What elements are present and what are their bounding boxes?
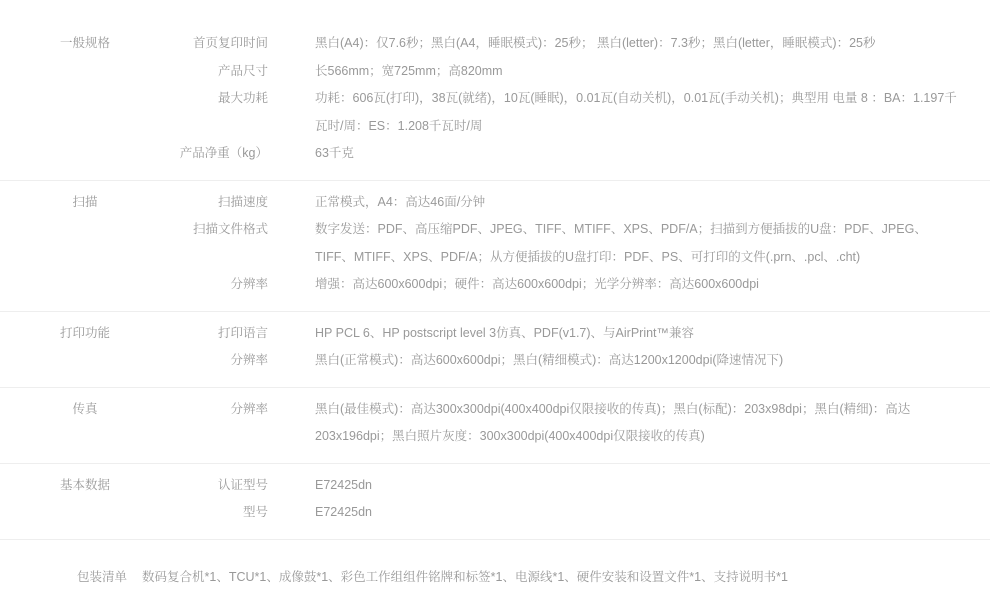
spec-value: E72425dn — [315, 499, 965, 527]
spec-section-scan: 扫描 扫描速度 正常模式，A4：高达46面/分钟 扫描文件格式 数字发送：PDF… — [0, 181, 990, 312]
spec-section-fax: 传真 分辨率 黑白(最佳模式)：高达300x300dpi(400x400dpi仅… — [0, 388, 990, 464]
spec-name: 分辨率 — [170, 347, 268, 375]
spec-rows: 扫描速度 正常模式，A4：高达46面/分钟 扫描文件格式 数字发送：PDF、高压… — [170, 189, 990, 299]
spec-value: HP PCL 6、HP postscript level 3仿真、PDF(v1.… — [315, 320, 965, 348]
spec-section-general: 一般规格 首页复印时间 黑白(A4)：仅7.6秒；黑白(A4，睡眠模式)：25秒… — [0, 22, 990, 181]
spec-row: 型号 E72425dn — [170, 499, 990, 527]
spec-row: 分辨率 黑白(最佳模式)：高达300x300dpi(400x400dpi仅限接收… — [170, 396, 990, 451]
spec-row: 产品尺寸 长566mm；宽725mm；高820mm — [170, 58, 990, 86]
spec-row: 分辨率 黑白(正常模式)：高达600x600dpi；黑白(精细模式)：高达120… — [170, 347, 990, 375]
spec-row: 扫描速度 正常模式，A4：高达46面/分钟 — [170, 189, 990, 217]
package-list-row: 包装清单 数码复合机*1、TCU*1、成像鼓*1、彩色工作组组件铭牌和标签*1、… — [0, 540, 990, 592]
spec-section-basic-data: 基本数据 认证型号 E72425dn 型号 E72425dn — [0, 464, 990, 540]
spec-name: 扫描文件格式 — [170, 216, 268, 244]
package-list-value: 数码复合机*1、TCU*1、成像鼓*1、彩色工作组组件铭牌和标签*1、电源线*1… — [142, 564, 890, 592]
spec-name: 首页复印时间 — [170, 30, 268, 58]
spec-rows: 分辨率 黑白(最佳模式)：高达300x300dpi(400x400dpi仅限接收… — [170, 396, 990, 451]
spec-name: 产品尺寸 — [170, 58, 268, 86]
spec-value: 63千克 — [315, 140, 965, 168]
spec-name: 最大功耗 — [170, 85, 268, 113]
spec-value: E72425dn — [315, 472, 965, 500]
spec-row: 最大功耗 功耗：606瓦(打印)，38瓦(就绪)，10瓦(睡眠)，0.01瓦(自… — [170, 85, 990, 140]
spec-rows: 首页复印时间 黑白(A4)：仅7.6秒；黑白(A4，睡眠模式)：25秒； 黑白(… — [170, 30, 990, 168]
spec-row: 认证型号 E72425dn — [170, 472, 990, 500]
product-spec-sheet: 一般规格 首页复印时间 黑白(A4)：仅7.6秒；黑白(A4，睡眠模式)：25秒… — [0, 0, 990, 591]
spec-value: 增强：高达600x600dpi；硬件：高达600x600dpi；光学分辨率：高达… — [315, 271, 965, 299]
section-category-label: 一般规格 — [0, 30, 170, 58]
section-category-label: 传真 — [0, 396, 170, 424]
spec-row: 产品净重（kg） 63千克 — [170, 140, 990, 168]
section-category-label: 基本数据 — [0, 472, 170, 500]
spec-name: 认证型号 — [170, 472, 268, 500]
spec-name: 分辨率 — [170, 271, 268, 299]
section-category-label: 打印功能 — [0, 320, 170, 348]
spec-name: 扫描速度 — [170, 189, 268, 217]
spec-name: 分辨率 — [170, 396, 268, 424]
spec-value: 黑白(正常模式)：高达600x600dpi；黑白(精细模式)：高达1200x12… — [315, 347, 965, 375]
spec-value: 正常模式，A4：高达46面/分钟 — [315, 189, 965, 217]
spec-rows: 认证型号 E72425dn 型号 E72425dn — [170, 472, 990, 527]
spec-name: 产品净重（kg） — [170, 140, 268, 168]
section-category-label: 扫描 — [0, 189, 170, 217]
spec-value: 长566mm；宽725mm；高820mm — [315, 58, 965, 86]
spec-value: 功耗：606瓦(打印)，38瓦(就绪)，10瓦(睡眠)，0.01瓦(自动关机)，… — [315, 85, 965, 140]
spec-value: 数字发送：PDF、高压缩PDF、JPEG、TIFF、MTIFF、XPS、PDF/… — [315, 216, 965, 271]
spec-row: 分辨率 增强：高达600x600dpi；硬件：高达600x600dpi；光学分辨… — [170, 271, 990, 299]
spec-name: 型号 — [170, 499, 268, 527]
spec-value: 黑白(最佳模式)：高达300x300dpi(400x400dpi仅限接收的传真)… — [315, 396, 965, 451]
spec-row: 扫描文件格式 数字发送：PDF、高压缩PDF、JPEG、TIFF、MTIFF、X… — [170, 216, 990, 271]
spec-rows: 打印语言 HP PCL 6、HP postscript level 3仿真、PD… — [170, 320, 990, 375]
spec-row: 打印语言 HP PCL 6、HP postscript level 3仿真、PD… — [170, 320, 990, 348]
spec-name: 打印语言 — [170, 320, 268, 348]
package-list-label: 包装清单 — [77, 564, 127, 592]
spec-section-print: 打印功能 打印语言 HP PCL 6、HP postscript level 3… — [0, 312, 990, 388]
spec-row: 首页复印时间 黑白(A4)：仅7.6秒；黑白(A4，睡眠模式)：25秒； 黑白(… — [170, 30, 990, 58]
spec-value: 黑白(A4)：仅7.6秒；黑白(A4，睡眠模式)：25秒； 黑白(letter)… — [315, 30, 965, 58]
